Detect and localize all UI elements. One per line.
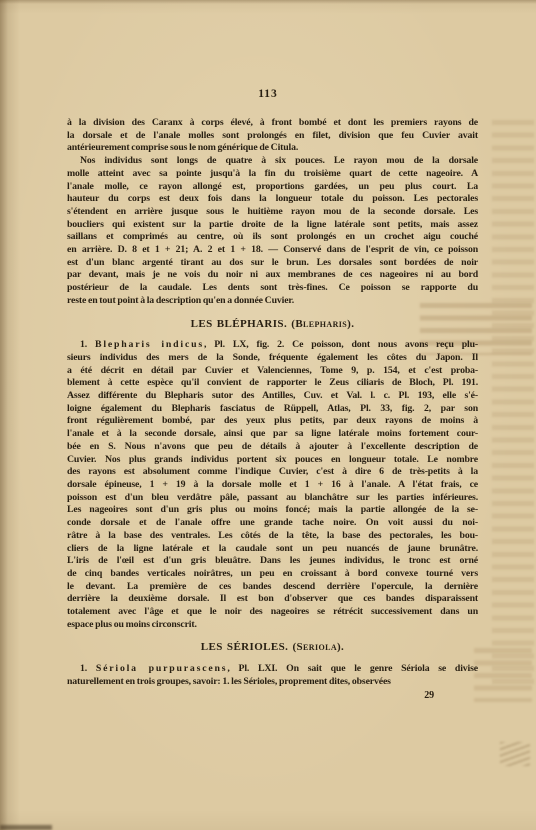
text-segment: , Pl. LXI. On sait que le genre Sériola … <box>227 663 478 674</box>
text-line: molle atteint avec sa pointe jusqu'à la … <box>67 168 478 181</box>
text-line: Assez différente du Blepharis sutor des … <box>67 390 478 403</box>
book-page: 113 à la division des Caranx à corps éle… <box>0 0 536 830</box>
heading-subtitle: (Seriola). <box>292 641 344 653</box>
text-line: la dorsale et de l'anale molles sont pro… <box>67 130 478 143</box>
bleed-through-corner-mark <box>500 742 530 766</box>
text-line: des rayons est absolument comme l'indiqu… <box>67 466 478 479</box>
text-line: hauteur du corps est deux fois dans la l… <box>67 193 478 206</box>
text-line: sieurs individus des mers de la Sonde, f… <box>67 352 478 365</box>
text-line: 1. Sériola purpurascens, Pl. LXI. On sai… <box>67 663 478 676</box>
text-line: dorsale épineuse, 1 + 19 à la dorsale mo… <box>67 479 478 492</box>
paragraph: 1. Sériola purpurascens, Pl. LXI. On sai… <box>67 663 478 688</box>
text-line: derrière la deuxième dorsale. Il est bon… <box>67 593 478 606</box>
text-line: de cinq bandes verticales noirâtres, un … <box>67 568 478 581</box>
page-left-edge-shadow <box>0 0 20 830</box>
text-segment: 1. <box>80 663 96 674</box>
text-line: en arrière. D. 8 et 1 + 21; A. 2 et 1 + … <box>67 244 478 257</box>
heading-subtitle: (Blepharis). <box>291 318 354 330</box>
text-segment: , Pl. LX, fig. 2. Ce poisson, dont nous … <box>204 339 478 350</box>
text-line: s'étendent en arrière jusque sous le hui… <box>67 206 478 219</box>
text-line: cliers de la ligne latérale et la caudal… <box>67 543 478 556</box>
text-line: totalement avec l'âge et que le noir des… <box>67 606 478 619</box>
page-top-edge-shadow <box>0 0 536 4</box>
text-line: est d'un blanc argenté tirant au dos sur… <box>67 257 478 270</box>
paragraph: à la division des Caranx à corps élevé, … <box>67 117 478 155</box>
signature-mark: 29 <box>67 690 478 703</box>
bleed-through-right-margin <box>492 120 534 688</box>
text-line: L'iris de l'œil est d'un gris bleuâtre. … <box>67 555 478 568</box>
text-line: loigne également du Blepharis fasciatus … <box>67 403 478 416</box>
text-line: le devant. La première de ces bandes des… <box>67 581 478 594</box>
text-line: l'anale molle, ce rayon allongé est, pro… <box>67 181 478 194</box>
text-line: a été décrit en détail par Cuvier et Val… <box>67 365 478 378</box>
text-line: l'anale et à la seconde dorsale, ainsi q… <box>67 428 478 441</box>
text-line: boucliers qui existent sur la partie dro… <box>67 219 478 232</box>
text-line: saillans et comprimés au centre, où ils … <box>67 231 478 244</box>
text-line: blement à cette espèce qu'il convient de… <box>67 377 478 390</box>
text-line: Les nageoires sont d'un gris plus ou moi… <box>67 504 478 517</box>
section-heading: LES SÉRIOLES. (Seriola). <box>67 641 478 654</box>
text-line: conde dorsale et de l'anale offre une gr… <box>67 517 478 530</box>
text-line: antérieurement comprise sous le nom géné… <box>67 142 478 155</box>
bleed-through-patch-lower <box>474 648 532 702</box>
heading-main: LES SÉRIOLES. <box>201 641 293 653</box>
section-heading: LES BLÉPHARIS. (Blepharis). <box>67 318 478 331</box>
bottom-left-smudge <box>0 825 52 830</box>
text-line: bée en S. Nous n'avons que peu de détail… <box>67 441 478 454</box>
species-name: Blepharis indicus <box>95 339 204 350</box>
text-line: Cuvier. Nos plus grands individus porten… <box>67 454 478 467</box>
text-line: front régulièrement bombé, par des yeux … <box>67 415 478 428</box>
page-number: 113 <box>0 88 536 100</box>
text-line: espace plus ou moins circonscrit. <box>67 619 478 632</box>
text-line: à la division des Caranx à corps élevé, … <box>67 117 478 130</box>
text-line: postérieur de la caudale. Les dents sont… <box>67 282 478 295</box>
text-line: 1. Blepharis indicus, Pl. LX, fig. 2. Ce… <box>67 339 478 352</box>
paragraph: Nos individus sont longs de quatre à six… <box>67 155 478 307</box>
text-line: reste en tout point à la description qu'… <box>67 295 478 308</box>
text-segment: 1. <box>80 339 95 350</box>
heading-main: LES BLÉPHARIS. <box>191 318 292 330</box>
text-line: Nos individus sont longs de quatre à six… <box>67 155 478 168</box>
body-text: à la division des Caranx à corps élevé, … <box>67 117 478 702</box>
text-line: par devant, mais je ne vois du noir ni a… <box>67 269 478 282</box>
text-line: naturellement en trois groupes, savoir: … <box>67 676 478 689</box>
paragraph: 1. Blepharis indicus, Pl. LX, fig. 2. Ce… <box>67 339 478 631</box>
species-name: Sériola purpurascens <box>96 663 228 674</box>
text-line: poisson est d'un bleu verdâtre pâle, pas… <box>67 492 478 505</box>
text-line: râtre à la base des ventrales. Les côtés… <box>67 530 478 543</box>
